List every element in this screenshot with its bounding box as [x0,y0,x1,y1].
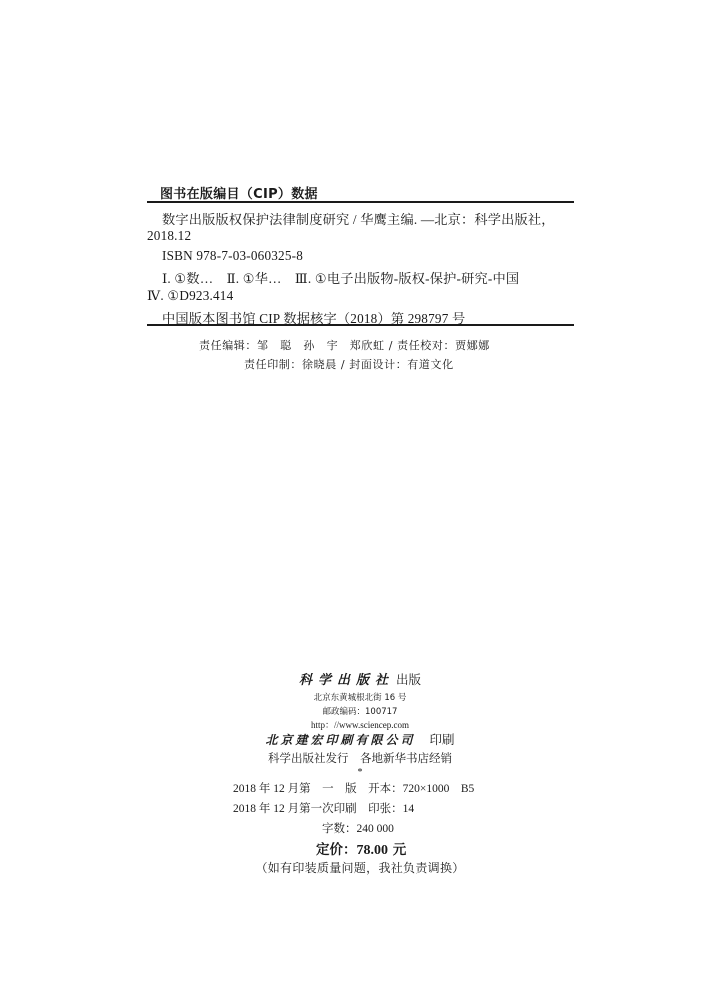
printing-line: 2018 年 12 月第一次印刷 印张：14 [233,800,414,816]
price-line: 定价：78.00 元 [316,838,406,859]
publisher-name: 科学出版社 [299,673,394,688]
printer-name: 北京建宏印刷有限公司 [265,733,415,747]
credits-editors: 责任编辑：邹 聪 孙 宇 郑欣虹 / 责任校对：贾娜娜 [199,337,490,353]
postal-code: 邮政编码：100717 [0,705,720,717]
cip-line-date: 2018.12 [147,228,191,244]
word-count: 字数：240 000 [322,820,394,836]
quality-notice: （如有印装质量问题，我社负责调换） [0,859,720,876]
separator-star: * [0,767,720,778]
cip-line-subjects: Ⅰ. ①数… Ⅱ. ①华… Ⅲ. ①电子出版物-版权-保护-研究-中国 [162,268,519,287]
publisher-suffix: 出版 [396,672,421,687]
cip-bottom-rule [147,324,574,326]
cip-title: 图书在版编目（CIP）数据 [160,183,318,202]
cip-line-classification: Ⅳ. ①D923.414 [147,288,233,304]
printer-suffix: 印刷 [430,732,455,747]
cip-top-rule [147,201,574,203]
distribution-line: 科学出版社发行 各地新华书店经销 [0,750,720,766]
publisher-address: 北京东黄城根北街 16 号 [0,691,720,703]
price-label: 定价： [316,842,357,858]
price-unit: 元 [388,842,406,858]
price-value: 78.00 [357,843,389,858]
publisher-line: 科学出版社出版 [0,669,720,688]
credits-production: 责任印制：徐晓晨 / 封面设计：有道文化 [244,356,454,372]
edition-line: 2018 年 12 月第 一 版 开本：720×1000 B5 [233,780,474,796]
cip-line-isbn: ISBN 978-7-03-060325-8 [162,248,303,264]
printer-line: 北京建宏印刷有限公司印刷 [0,730,720,748]
cip-line-title-author: 数字出版版权保护法律制度研究 / 华鹰主编. —北京：科学出版社， [162,209,555,228]
